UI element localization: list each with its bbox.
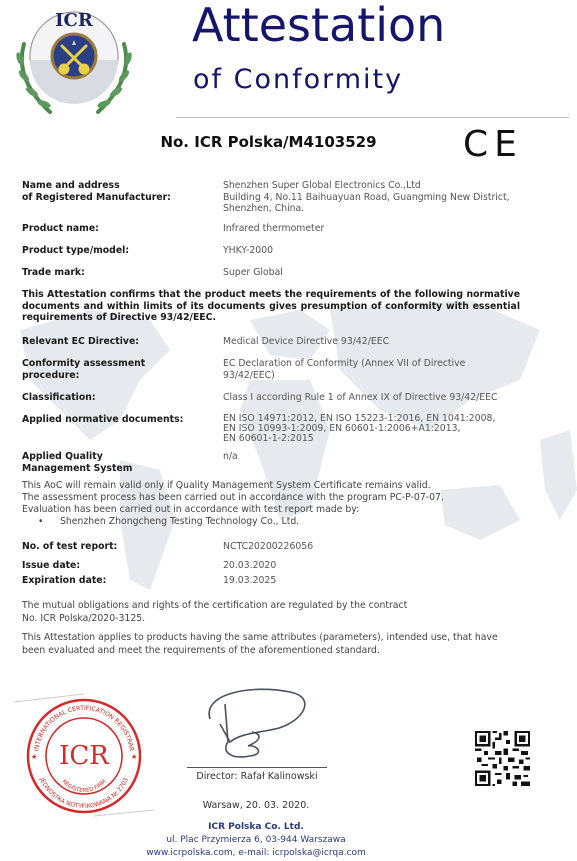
field-label: Trade mark:: [22, 267, 212, 279]
field-value: 19.03.2025: [223, 575, 553, 587]
field-value: Super Global: [223, 267, 553, 279]
qr-code-icon[interactable]: [475, 731, 530, 786]
director-signature: [200, 684, 320, 764]
assessment-note: The assessment process has been carried …: [22, 492, 520, 504]
field-label: Relevant EC Directive:: [22, 336, 212, 348]
icr-logo: ICR: [10, 4, 138, 122]
field-label: Product type/model:: [22, 245, 212, 257]
applicability-note: This Attestation applies to products hav…: [22, 631, 562, 657]
svg-text:★: ★: [31, 753, 37, 761]
field-manufacturer: Name and address of Registered Manufactu…: [22, 180, 542, 216]
field-label: Issue date:: [22, 560, 212, 572]
document-subtitle: of Conformity: [193, 64, 403, 95]
svg-text:ICR: ICR: [59, 741, 110, 771]
field-value: EN ISO 14971:2012, EN ISO 15223-1:2016, …: [223, 414, 553, 444]
validity-note: This AoC will remain valid only if Quali…: [22, 480, 520, 492]
field-value: Shenzhen Super Global Electronics Co.,Lt…: [223, 180, 553, 215]
field-label: Conformity assessment procedure:: [22, 358, 212, 381]
contract-note: The mutual obligations and rights of the…: [22, 599, 520, 625]
conformity-statement: This Attestation confirms that the produ…: [22, 289, 520, 324]
footer-address: ul. Plac Przymierza 6, 03-944 Warszawa: [0, 835, 512, 845]
field-label: Expiration date:: [22, 575, 212, 587]
footer-contact[interactable]: www.icrpolska.com, e-mail: icrpolska@icr…: [0, 848, 512, 858]
svg-text:ICR: ICR: [55, 10, 94, 31]
evaluation-note: Evaluation has been carried out in accor…: [22, 504, 520, 516]
field-value: EC Declaration of Conformity (Annex VII …: [223, 358, 553, 381]
svg-text:REGISTERED FIRM: REGISTERED FIRM: [61, 779, 108, 794]
header-divider: [176, 117, 569, 118]
document-title: Attestation: [192, 0, 445, 52]
field-value: Medical Device Directive 93/42/EEC: [223, 336, 553, 348]
footer-company: ICR Polska Co. Ltd.: [0, 822, 512, 832]
director-name: Director: Rafał Kalinowski: [187, 771, 327, 782]
field-value: Class I according Rule 1 of Annex IX of …: [223, 392, 553, 404]
field-label: No. of test report:: [22, 541, 212, 553]
ce-mark-icon: CE: [463, 124, 523, 165]
test-lab-item: •Shenzhen Zhongcheng Testing Technology …: [38, 516, 299, 527]
field-label: Product name:: [22, 223, 212, 235]
field-value: n/a: [223, 451, 553, 463]
field-value: 20.03.2020: [223, 560, 553, 572]
field-value: NCTC20200226056: [223, 541, 553, 553]
svg-text:★: ★: [131, 753, 137, 761]
field-label: Classification:: [22, 392, 212, 404]
test-lab-name: Shenzhen Zhongcheng Testing Technology C…: [60, 516, 299, 527]
field-value: Infrared thermometer: [223, 223, 553, 235]
field-label: Name and address of Registered Manufactu…: [22, 180, 212, 203]
field-value: YHKY-2000: [223, 245, 553, 257]
signature-line: [187, 767, 327, 768]
field-label: Applied normative documents:: [22, 414, 212, 426]
field-label: Applied Quality Management System: [22, 451, 212, 474]
place-and-date: Warsaw, 20. 03. 2020.: [0, 800, 512, 811]
